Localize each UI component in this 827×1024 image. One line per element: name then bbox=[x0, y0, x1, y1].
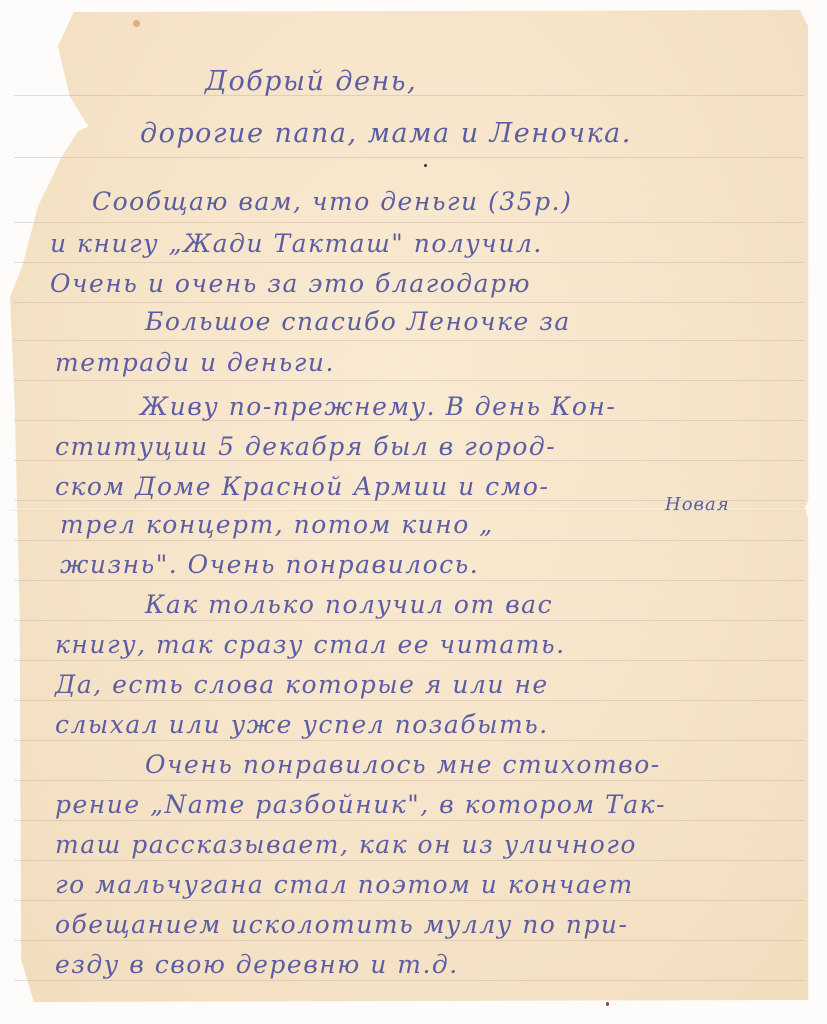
letter-line: трел концерт, потом кино „ bbox=[60, 510, 494, 539]
ruled-line bbox=[14, 940, 804, 941]
letter-line: обещанием исколотить муллу по при- bbox=[55, 910, 628, 939]
greeting-line-1: Добрый день, bbox=[205, 66, 417, 97]
letter-line: таш рассказывает, как он из уличного bbox=[55, 830, 637, 859]
ruled-line bbox=[14, 262, 804, 263]
ruled-line bbox=[14, 980, 804, 981]
ruled-line bbox=[14, 157, 804, 158]
letter-line: Живу по-прежнему. В день Кон- bbox=[140, 392, 616, 421]
stain bbox=[606, 1002, 609, 1006]
letter-line: ституции 5 декабря был в город- bbox=[55, 432, 556, 461]
greeting-line-2: дорогие папа, мама и Леночка. bbox=[140, 118, 632, 149]
ruled-line bbox=[14, 380, 804, 381]
ruled-line bbox=[14, 700, 804, 701]
letter-line: Как только получил от вас bbox=[145, 590, 553, 619]
ruled-line bbox=[14, 580, 804, 581]
letter-line: езду в свою деревню и т.д. bbox=[55, 950, 459, 979]
superscript-insert: Новая bbox=[665, 494, 730, 515]
ruled-line bbox=[14, 820, 804, 821]
ruled-line bbox=[14, 620, 804, 621]
letter-line: Большое спасибо Леночке за bbox=[145, 307, 571, 336]
ruled-line bbox=[14, 740, 804, 741]
ruled-line bbox=[14, 900, 804, 901]
letter-line: тетради и деньги. bbox=[55, 348, 335, 377]
letter-line: Сообщаю вам, что деньги (35р.) bbox=[92, 187, 572, 216]
ink-dot bbox=[424, 164, 427, 167]
letter-line: книгу, так сразу стал ее читать. bbox=[55, 630, 566, 659]
stain bbox=[133, 20, 140, 27]
letter-line: Очень и очень за это благодарю bbox=[50, 269, 531, 298]
letter-line: рение „Name разбойник", в котором Так- bbox=[55, 790, 666, 819]
letter-line: Очень понравилось мне стихотво- bbox=[145, 750, 661, 779]
letter-line: Да, есть слова которые я или не bbox=[55, 670, 549, 699]
ruled-line bbox=[14, 340, 804, 341]
ruled-line bbox=[14, 222, 804, 223]
ruled-line bbox=[14, 860, 804, 861]
letter-line: ском Доме Красной Армии и смо- bbox=[55, 472, 549, 501]
letter-line: слыхал или уже успел позабыть. bbox=[55, 710, 549, 739]
ruled-line bbox=[14, 540, 804, 541]
ruled-line bbox=[14, 780, 804, 781]
letter-line: жизнь". Очень понравилось. bbox=[60, 550, 479, 579]
ruled-line bbox=[14, 302, 804, 303]
ruled-line bbox=[14, 660, 804, 661]
letter-line: и книгу „Жади Такташ" получил. bbox=[50, 229, 543, 258]
letter-scan: Добрый день, дорогие папа, мама и Леночк… bbox=[0, 0, 827, 1024]
letter-line: го мальчугана стал поэтом и кончает bbox=[55, 870, 634, 899]
